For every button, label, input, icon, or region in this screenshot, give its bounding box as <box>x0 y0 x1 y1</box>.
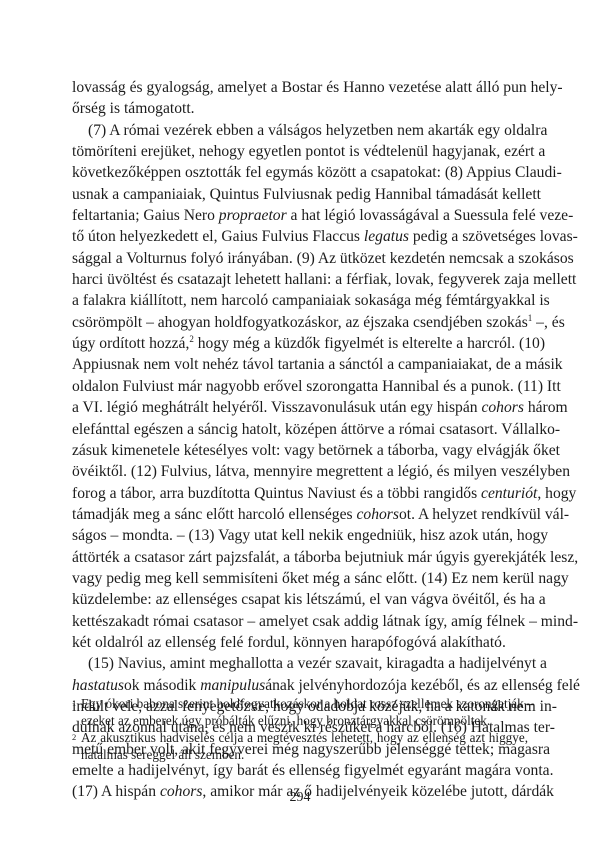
text-line: két oldalról az ellenség felé fordul, kö… <box>72 632 528 653</box>
italic-term: hastatus <box>72 677 124 694</box>
text-line: támadják meg a sánc előtt harcoló ellens… <box>72 504 528 525</box>
footnote: 2Az akusztikus hadviselés célja a megtév… <box>72 730 528 764</box>
italic-term: cohors <box>481 399 523 416</box>
text-segment: , hogy <box>537 485 576 502</box>
text-segment: küzdelembe: az ellenséges csapat kis lét… <box>72 591 546 608</box>
text-line: küzdelembe: az ellenséges csapat kis lét… <box>72 589 528 610</box>
text-line: zásuk kimenetele kétesélyes volt: vagy b… <box>72 440 528 461</box>
text-line: áttörték a csatasor zárt pajzsfalát, a t… <box>72 547 528 568</box>
text-segment: csörömpölt – ahogyan holdfogyatkozáskor,… <box>72 314 528 331</box>
text-line: feltartania; Gaius Nero propraetor a hat… <box>72 205 528 226</box>
text-line: tő úton helyezkedett el, Gaius Fulvius F… <box>72 226 528 247</box>
text-segment: övéiktől. (12) Fulvius, látva, mennyire … <box>72 463 570 480</box>
text-segment: kettészakadt római csatasor – amelyet cs… <box>72 613 578 630</box>
text-segment: hogy még a küzdők figyelmét is elterelte… <box>194 335 545 352</box>
text-line: lovasság és gyalogság, amelyet a Bostar … <box>72 77 528 98</box>
text-segment: feltartania; Gaius Nero <box>72 207 219 224</box>
book-page: lovasság és gyalogság, amelyet a Bostar … <box>0 0 600 857</box>
text-segment: Appiusnak nem volt nehéz távol tartania … <box>72 356 563 373</box>
text-line: ságos – mondta. – (13) Vagy utat kell ne… <box>72 525 528 546</box>
text-line: úgy ordított hozzá,2 hogy még a küzdők f… <box>72 333 528 354</box>
text-segment: ok második <box>124 677 200 694</box>
text-line: kettészakadt római csatasor – amelyet cs… <box>72 611 528 632</box>
text-segment: a hat légió lovasságával a Suessula felé… <box>287 207 574 224</box>
text-segment: két oldalról az ellenség felé fordul, kö… <box>72 634 506 651</box>
text-line: Appiusnak nem volt nehéz távol tartania … <box>72 354 528 375</box>
footnotes: 1Egy ókori babona szerint holdfogyatkozá… <box>72 696 528 764</box>
text-segment: –, és <box>532 314 564 331</box>
text-segment: pedig a szövetséges lovas- <box>409 228 578 245</box>
footnote: 1Egy ókori babona szerint holdfogyatkozá… <box>72 696 528 730</box>
text-line: (7) A római vezérek ebben a válságos hel… <box>72 120 528 141</box>
text-segment: úgy ordított hozzá, <box>72 335 189 352</box>
text-segment: emelte a hadijelvényt, így barát és elle… <box>72 762 553 779</box>
italic-term: cohors <box>356 506 398 523</box>
text-segment: sággal a Volturnus folyó irányában. (9) … <box>72 250 574 267</box>
page-number: 294 <box>0 790 600 806</box>
text-line: elefánttal egészen a sáncig hatolt, közé… <box>72 419 528 440</box>
text-line: csörömpölt – ahogyan holdfogyatkozáskor,… <box>72 312 528 333</box>
text-segment: a VI. légió meghátrált helyéről. Visszav… <box>72 399 481 416</box>
text-line: a falakra kiállított, nem harcoló campan… <box>72 290 528 311</box>
text-line: őrség is támogatott. <box>72 98 528 119</box>
text-line: oldalon Fulviust már nagyobb erővel szor… <box>72 376 528 397</box>
italic-term: centuriót <box>481 485 537 502</box>
italic-term: legatus <box>364 228 409 245</box>
text-segment: támadják meg a sánc előtt harcoló ellens… <box>72 506 356 523</box>
text-line: a VI. légió meghátrált helyéről. Visszav… <box>72 397 528 418</box>
text-segment: következőképpen osztották fel egymás köz… <box>72 164 562 181</box>
text-line: övéiktől. (12) Fulvius, látva, mennyire … <box>72 461 528 482</box>
text-segment: tömöríteni erejüket, nehogy egyetlen pon… <box>72 143 545 160</box>
main-text-body: lovasság és gyalogság, amelyet a Bostar … <box>72 77 528 803</box>
text-segment: usnak a campaniaiak, Quintus Fulviusnak … <box>72 186 541 203</box>
text-segment: tő úton helyezkedett el, Gaius Fulvius F… <box>72 228 364 245</box>
text-line: forog a tábor, arra buzdította Quintus N… <box>72 483 528 504</box>
text-segment: oldalon Fulviust már nagyobb erővel szor… <box>72 378 561 395</box>
text-segment: (7) A római vezérek ebben a válságos hel… <box>88 122 547 139</box>
text-segment: őrség is támogatott. <box>72 100 195 117</box>
footnote-number: 2 <box>72 729 76 746</box>
text-segment: ának jelvényhordozója kezéből, és az ell… <box>265 677 580 694</box>
text-segment: elefánttal egészen a sáncig hatolt, közé… <box>72 421 560 438</box>
text-segment: zásuk kimenetele kétesélyes volt: vagy b… <box>72 442 560 459</box>
text-line: harci üvöltést és csatazajt lehetett hal… <box>72 269 528 290</box>
italic-term: manipulus <box>200 677 265 694</box>
text-line: tömöríteni erejüket, nehogy egyetlen pon… <box>72 141 528 162</box>
footnote-line: Egy ókori babona szerint holdfogyatkozás… <box>81 696 528 713</box>
text-line: hastatusok második manipulusának jelvény… <box>72 675 528 696</box>
text-segment: (15) Navius, amint meghallotta a vezér s… <box>88 655 547 672</box>
text-segment: ot. A helyzet rendkívül vál- <box>399 506 569 523</box>
text-line: usnak a campaniaiak, Quintus Fulviusnak … <box>72 184 528 205</box>
footnote-line: ezeket az emberek úgy próbálták elűzni, … <box>81 713 528 730</box>
text-line: (15) Navius, amint meghallotta a vezér s… <box>72 653 528 674</box>
text-segment: áttörték a csatasor zárt pajzsfalát, a t… <box>72 549 578 566</box>
text-segment: forog a tábor, arra buzdította Quintus N… <box>72 485 481 502</box>
footnote-line: Az akusztikus hadviselés célja a megtéve… <box>81 730 528 747</box>
text-segment: vagy pedig meg kell semmisíteni őket még… <box>72 570 569 587</box>
text-segment: ságos – mondta. – (13) Vagy utat kell ne… <box>72 527 548 544</box>
footnote-number: 1 <box>72 695 76 712</box>
text-line: sággal a Volturnus folyó irányában. (9) … <box>72 248 528 269</box>
text-line: következőképpen osztották fel egymás köz… <box>72 162 528 183</box>
text-segment: harci üvöltést és csatazajt lehetett hal… <box>72 271 576 288</box>
text-segment: a falakra kiállított, nem harcoló campan… <box>72 292 550 309</box>
text-segment: lovasság és gyalogság, amelyet a Bostar … <box>72 79 563 96</box>
text-segment: három <box>524 399 568 416</box>
footnote-line: hatalmas sereggel áll szemben. <box>81 747 528 764</box>
text-line: vagy pedig meg kell semmisíteni őket még… <box>72 568 528 589</box>
italic-term: propraetor <box>219 207 287 224</box>
